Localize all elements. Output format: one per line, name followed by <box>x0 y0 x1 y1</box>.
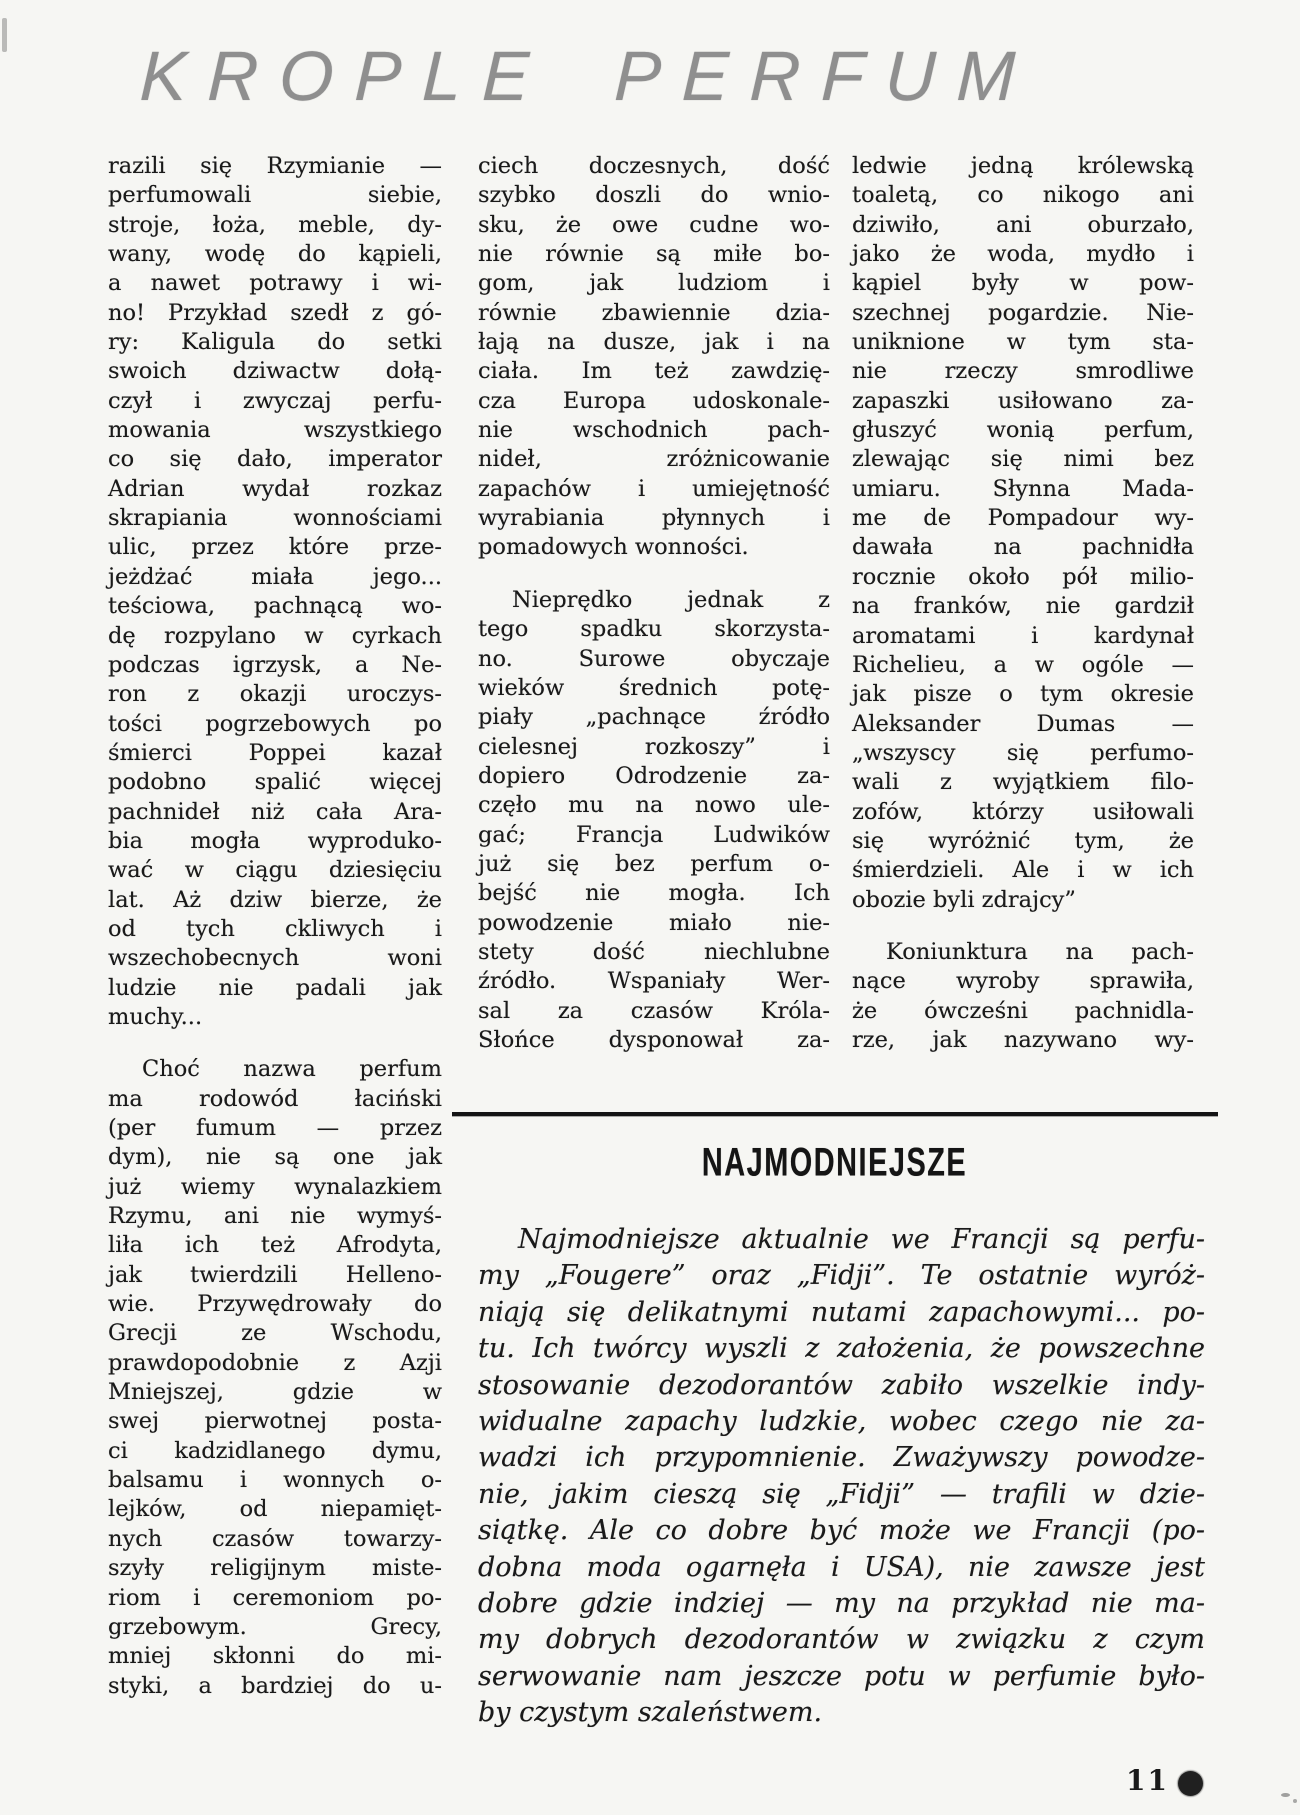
text-line: nie rzeczy smrodliwe <box>852 357 1194 386</box>
scan-speck <box>1281 1793 1290 1797</box>
text-line: Nieprędko jednak z <box>478 586 830 615</box>
text-line: piały „pachnące źródło <box>478 703 830 732</box>
page-marker-dot <box>1178 1771 1203 1796</box>
text-line: bejść nie mogła. Ich <box>478 879 830 908</box>
text-line: źródło. Wspaniały Wer- <box>478 967 830 996</box>
text-line: ci kadzidlanego dymu, <box>108 1437 442 1466</box>
text-line: szyły religijnym miste- <box>108 1554 442 1583</box>
text-line: tego spadku skorzysta- <box>478 615 830 644</box>
text-line: cza Europa udoskonale- <box>478 387 830 416</box>
text-line: jak pisze o tym okresie <box>852 680 1194 709</box>
text-line: bia mogła wyproduko- <box>108 827 442 856</box>
text-line: zlewając się nimi bez <box>852 445 1194 474</box>
text-line: lat. Aż dziw bierze, że <box>108 886 442 915</box>
text-line: no. Surowe obyczaje <box>478 645 830 674</box>
text-line: czył i zwyczaj perfu- <box>108 387 442 416</box>
text-line: aromatami i kardynał <box>852 622 1194 651</box>
magazine-page: KROPLE PERFUM razili się Rzymianie —perf… <box>0 0 1300 1815</box>
text-line: gać; Francja Ludwików <box>478 821 830 850</box>
box-heading: NAJMODNIEJSZE <box>452 1142 1218 1185</box>
text-line: my dobrych dezodorantów w związku z czym <box>478 1622 1205 1658</box>
text-line: Grecji ze Wschodu, <box>108 1319 442 1348</box>
text-line: dziwiło, ani oburzało, <box>852 211 1194 240</box>
text-line: stroje, łoża, meble, dy- <box>108 211 442 240</box>
text-line: od tych ckliwych i <box>108 915 442 944</box>
scan-speck <box>1293 1799 1297 1803</box>
paragraph: ciech doczesnych, dośćszybko doszli do w… <box>478 152 830 563</box>
text-line: nące wyroby sprawiła, <box>852 967 1194 996</box>
text-line: pachnideł niż cała Ara- <box>108 798 442 827</box>
text-line: umiaru. Słynna Mada- <box>852 475 1194 504</box>
article-column-1: razili się Rzymianie —perfumowali siebie… <box>108 152 442 1701</box>
text-line: częło mu na nowo ule- <box>478 791 830 820</box>
text-line: (per fumum — przez <box>108 1114 442 1143</box>
text-line: Aleksander Dumas — <box>852 710 1194 739</box>
scan-speck <box>2 18 7 52</box>
text-line: widualne zapachy ludzkie, wobec czego ni… <box>478 1404 1205 1440</box>
text-line: teściowa, pachnącą wo- <box>108 592 442 621</box>
text-line: siątkę. Ale co dobre być może we Francji… <box>478 1513 1205 1549</box>
text-line: Najmodniejsze aktualnie we Francji są pe… <box>478 1222 1205 1258</box>
box-heading-text: NAJMODNIEJSZE <box>702 1141 967 1187</box>
text-line: dobre gdzie indziej — my na przykład nie… <box>478 1586 1205 1622</box>
text-line: nideł, zróżnicowanie <box>478 445 830 474</box>
text-line: liła ich też Afrodyta, <box>108 1231 442 1260</box>
text-line: styki, a bardziej do u- <box>108 1672 442 1701</box>
text-line: Słońce dysponował za- <box>478 1026 830 1055</box>
text-line: Koniunktura na pach- <box>852 938 1194 967</box>
text-line: wie. Przywędrowały do <box>108 1290 442 1319</box>
text-line: szechnej pogardzie. Nie- <box>852 299 1194 328</box>
text-line: Richelieu, a w ogóle — <box>852 651 1194 680</box>
box-body: Najmodniejsze aktualnie we Francji są pe… <box>478 1222 1205 1732</box>
paragraph: ledwie jedną królewskątoaletą, co nikogo… <box>852 152 1194 915</box>
text-line: się wyróżnić tym, że <box>852 827 1194 856</box>
text-line: że ówcześni pachnidla- <box>852 997 1194 1026</box>
text-line: muchy... <box>108 1003 442 1032</box>
text-line: co się dało, imperator <box>108 445 442 474</box>
text-line: balsamu i wonnych o- <box>108 1466 442 1495</box>
text-line: zofów, którzy usiłowali <box>852 798 1194 827</box>
text-line: Adrian wydał rozkaz <box>108 475 442 504</box>
text-line: ciech doczesnych, dość <box>478 152 830 181</box>
paragraph: Koniunktura na pach-nące wyroby sprawiła… <box>852 938 1194 1055</box>
paragraph: Choć nazwa perfumma rodowód łaciński(per… <box>108 1055 442 1701</box>
text-line: Rzymu, ani nie wymyś- <box>108 1202 442 1231</box>
text-line: ma rodowód łaciński <box>108 1085 442 1114</box>
text-line: sal za czasów Króla- <box>478 997 830 1026</box>
text-line: już się bez perfum o- <box>478 850 830 879</box>
text-line: dę rozpylano w cyrkach <box>108 622 442 651</box>
page-number: 11 <box>1126 1764 1169 1797</box>
text-line: serwowanie nam jeszcze potu w perfumie b… <box>478 1659 1205 1695</box>
text-line: śmierdzieli. Ale i w ich <box>852 856 1194 885</box>
text-line: tu. Ich twórcy wyszli z założenia, że po… <box>478 1331 1205 1367</box>
text-line: wali z wyjątkiem filo- <box>852 768 1194 797</box>
text-line: obozie byli zdrajcy” <box>852 886 1194 915</box>
text-line: „wszyscy się perfumo- <box>852 739 1194 768</box>
text-line: ciała. Im też zawdzię- <box>478 357 830 386</box>
text-line: Mniejszej, gdzie w <box>108 1378 442 1407</box>
text-line: swoich dziwactw dołą- <box>108 357 442 386</box>
text-line: cielesnej rozkoszy” i <box>478 733 830 762</box>
paragraph: Najmodniejsze aktualnie we Francji są pe… <box>478 1222 1205 1732</box>
text-line: skrapiania wonnościami <box>108 504 442 533</box>
text-line: kąpiel były w pow- <box>852 269 1194 298</box>
text-line: nie wschodnich pach- <box>478 416 830 445</box>
text-line: już wiemy wynalazkiem <box>108 1173 442 1202</box>
text-line: podczas igrzysk, a Ne- <box>108 651 442 680</box>
text-line: no! Przykład szedł z gó- <box>108 299 442 328</box>
paragraph: razili się Rzymianie —perfumowali siebie… <box>108 152 442 1032</box>
text-line: ry: Kaligula do setki <box>108 328 442 357</box>
text-line: uniknione w tym sta- <box>852 328 1194 357</box>
text-line: nie, jakim cieszą się „Fidji” — trafili … <box>478 1477 1205 1513</box>
text-line: tości pogrzebowych po <box>108 710 442 739</box>
text-line: my „Fougere” oraz „Fidji”. Te ostatnie w… <box>478 1258 1205 1294</box>
text-line: wieków średnich potę- <box>478 674 830 703</box>
text-line: a nawet potrawy i wi- <box>108 269 442 298</box>
text-line: głuszyć wonią perfum, <box>852 416 1194 445</box>
paragraph: Nieprędko jednak ztego spadku skorzysta-… <box>478 586 830 1056</box>
text-line: perfumowali siebie, <box>108 181 442 210</box>
text-line: me de Pompadour wy- <box>852 504 1194 533</box>
text-line: nie równie są miłe bo- <box>478 240 830 269</box>
text-line: śmierci Poppei kazał <box>108 739 442 768</box>
text-line: mniej skłonni do mi- <box>108 1642 442 1671</box>
text-line: dopiero Odrodzenie za- <box>478 762 830 791</box>
text-line: wadzi ich przypomnienie. Zważywszy powod… <box>478 1440 1205 1476</box>
text-line: mowania wszystkiego <box>108 416 442 445</box>
text-line: rze, jak nazywano wy- <box>852 1026 1194 1055</box>
text-line: na franków, nie gardził <box>852 592 1194 621</box>
text-line: zapaszki usiłowano za- <box>852 387 1194 416</box>
text-line: lejków, od niepamięt- <box>108 1495 442 1524</box>
text-line: zapachów i umiejętność <box>478 475 830 504</box>
text-line: stety dość niechlubne <box>478 938 830 967</box>
text-line: rocznie około pół milio- <box>852 563 1194 592</box>
text-line: wyrabiania płynnych i <box>478 504 830 533</box>
text-line: jako że woda, mydło i <box>852 240 1194 269</box>
text-line: ron z okazji uroczys- <box>108 680 442 709</box>
text-line: riom i ceremoniom po- <box>108 1584 442 1613</box>
text-line: toaletą, co nikogo ani <box>852 181 1194 210</box>
page-title: KROPLE PERFUM <box>139 36 1038 116</box>
text-line: prawdopodobnie z Azji <box>108 1349 442 1378</box>
text-line: swej pierwotnej posta- <box>108 1407 442 1436</box>
text-line: dobna moda ogarnęła i USA), nie zawsze j… <box>478 1550 1205 1586</box>
text-line: ludzie nie padali jak <box>108 974 442 1003</box>
text-line: Choć nazwa perfum <box>108 1055 442 1084</box>
text-line: jak twierdzili Helleno- <box>108 1261 442 1290</box>
text-line: grzebowym. Grecy, <box>108 1613 442 1642</box>
text-line: dym), nie są one jak <box>108 1143 442 1172</box>
box-top-rule <box>452 1112 1218 1116</box>
text-line: wszechobecnych woni <box>108 944 442 973</box>
text-line: pomadowych wonności. <box>478 533 830 562</box>
text-line: nych czasów towarzy- <box>108 1525 442 1554</box>
text-line: jeżdżać miała jego... <box>108 563 442 592</box>
text-line: sku, że owe cudne wo- <box>478 211 830 240</box>
text-line: dawała na pachnidła <box>852 533 1194 562</box>
text-line: stosowanie dezodorantów zabiło wszelkie … <box>478 1368 1205 1404</box>
text-line: ulic, przez które prze- <box>108 533 442 562</box>
text-line: ledwie jedną królewską <box>852 152 1194 181</box>
text-line: by czystym szaleństwem. <box>478 1695 1205 1731</box>
text-line: podobno spalić więcej <box>108 768 442 797</box>
text-line: gom, jak ludziom i <box>478 269 830 298</box>
text-line: równie zbawiennie dzia- <box>478 299 830 328</box>
text-line: niają się delikatnymi nutami zapachowymi… <box>478 1295 1205 1331</box>
text-line: łają na dusze, jak i na <box>478 328 830 357</box>
text-line: powodzenie miało nie- <box>478 909 830 938</box>
text-line: szybko doszli do wnio- <box>478 181 830 210</box>
text-line: wany, wodę do kąpieli, <box>108 240 442 269</box>
text-line: wać w ciągu dziesięciu <box>108 856 442 885</box>
text-line: razili się Rzymianie — <box>108 152 442 181</box>
